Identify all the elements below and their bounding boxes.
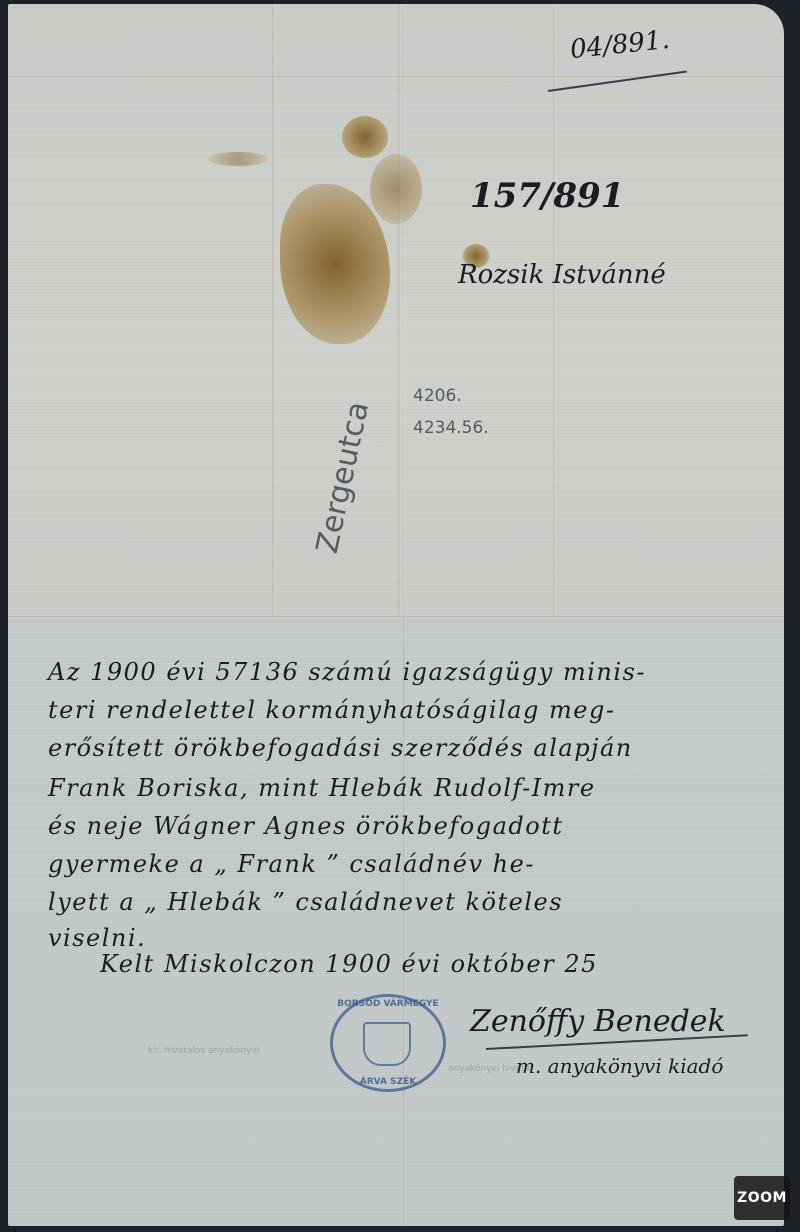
pencil-number: 4234.56. <box>413 418 489 438</box>
stain <box>370 154 422 224</box>
coat-of-arms-icon <box>363 1022 411 1066</box>
upper-panel <box>8 4 784 616</box>
pencil-number: 4206. <box>413 386 462 406</box>
stain <box>342 116 388 158</box>
body-line: Frank Boriska, mint Hlebák Rudolf-Imre <box>48 774 596 802</box>
body-line: teri rendelettel kormányhatóságilag meg- <box>48 696 615 724</box>
signature-title: m. anyakönyvi kiadó <box>516 1054 723 1078</box>
stain <box>208 152 268 166</box>
name-heading: Rozsik Istvánné <box>458 260 666 290</box>
body-line: erősített örökbefogadási szerződés alapj… <box>48 734 633 762</box>
zoom-logo-label: ZOOM <box>737 1190 787 1206</box>
stamp-bottom-text: ÁRVA SZÉK <box>333 1077 443 1087</box>
zoom-watermark: ZOOM <box>734 1176 790 1220</box>
faint-print: kir. hivatalos anyakönyvi <box>148 1046 259 1056</box>
fold-line <box>8 616 784 619</box>
fold-line <box>398 4 401 616</box>
body-line: lyett a „ Hlebák ” családnevet köteles <box>48 888 563 916</box>
body-line: Az 1900 évi 57136 számú igazságügy minis… <box>48 658 646 686</box>
fold-line <box>272 4 275 616</box>
document-sheet: 04/891. 157/891 Rozsik Istvánné Zergeutc… <box>8 4 784 1226</box>
body-line: gyermeke a „ Frank ” családnév he- <box>48 850 535 878</box>
reference-number-main: 157/891 <box>470 176 624 216</box>
stamp-top-text: BORSOD VÁRMEGYE <box>333 999 443 1009</box>
fold-line <box>553 4 556 616</box>
dateline: Kelt Miskolczon 1900 évi október 25 <box>100 950 598 978</box>
body-line: és neje Wágner Agnes örökbefogadott <box>48 812 563 840</box>
fold-line <box>8 76 784 79</box>
signature: Zenőffy Benedek <box>470 1004 726 1039</box>
body-line: viselni. <box>48 924 146 952</box>
official-stamp: BORSOD VÁRMEGYE ÁRVA SZÉK <box>330 994 446 1092</box>
